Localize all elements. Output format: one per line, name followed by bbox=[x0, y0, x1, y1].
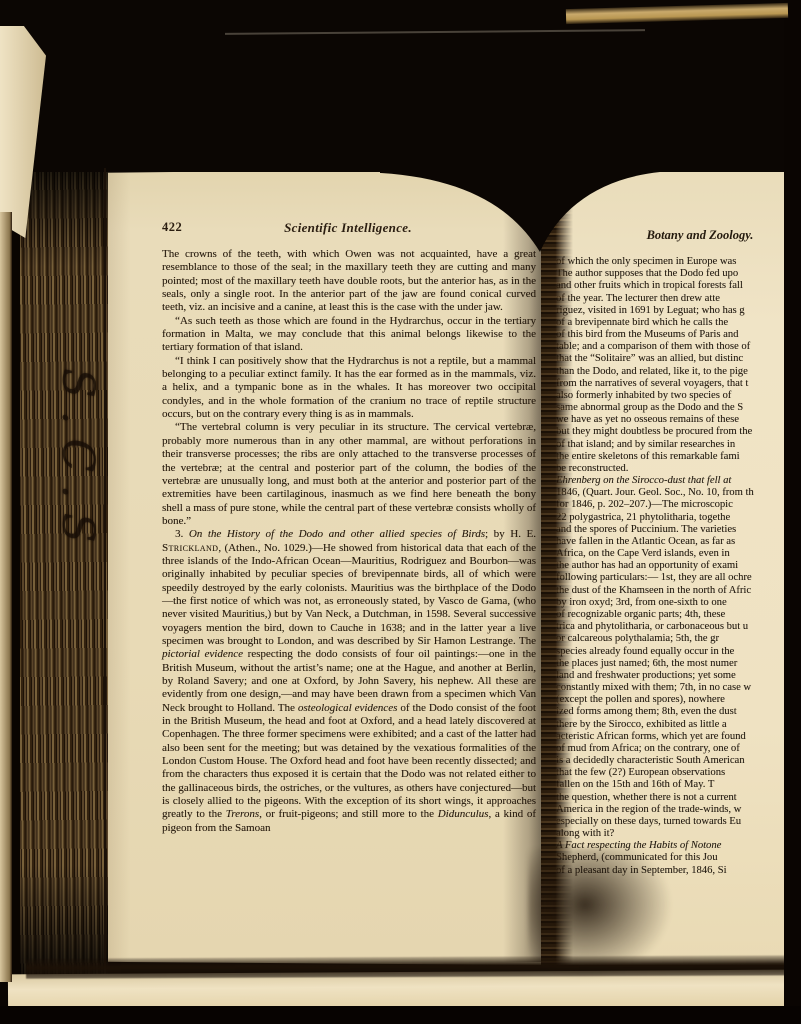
text-line: and the spores of Puccinium. The varieti… bbox=[556, 524, 788, 536]
text-line: along with it? bbox=[556, 828, 788, 840]
paragraph: 3. On the History of the Dodo and other … bbox=[162, 528, 536, 835]
text-line: by iron oxyd; 3rd, from one-sixth to one bbox=[556, 597, 788, 609]
paragraph: “I think I can positively show that the … bbox=[162, 355, 536, 422]
text-line: of the year. The lecturer then drew atte bbox=[556, 293, 788, 305]
text-line: the question, whether there is not a cur… bbox=[556, 792, 788, 804]
paragraph: “The vertebral column is very peculiar i… bbox=[162, 421, 536, 528]
text-line: that the “Solitaire” was an allied, but … bbox=[556, 353, 788, 365]
fore-edge-handwriting: S.C.S bbox=[52, 368, 103, 668]
text-line: the dust of the Khamseen in the north of… bbox=[556, 585, 788, 597]
text-line: species already found equally occur in t… bbox=[556, 646, 788, 658]
text-line: acteristic African forms, which yet are … bbox=[556, 731, 788, 743]
text-line: or calcareous polythalamia; 5th, the gr bbox=[556, 633, 788, 645]
text-line: (except the pollen and spores), nowhere bbox=[556, 694, 788, 706]
text-line: The author supposes that the Dodo fed up… bbox=[556, 268, 788, 280]
text-line: same abnormal group as the Dodo and the … bbox=[556, 402, 788, 414]
text-line: 22 polygastrica, 21 phytolitharia, toget… bbox=[556, 512, 788, 524]
text-line: land and freshwater productions; yet som… bbox=[556, 670, 788, 682]
text-line: following particulars:— 1st, they are al… bbox=[556, 572, 788, 584]
text-line: 1846, (Quart. Jour. Geol. Soc., No. 10, … bbox=[556, 487, 788, 499]
text-line: be reconstructed. bbox=[556, 463, 788, 475]
paragraph: “As such teeth as those which are found … bbox=[162, 315, 536, 355]
text-line: the author has had an opportunity of exa… bbox=[556, 560, 788, 572]
text-line: of that island; and by similar researche… bbox=[556, 439, 788, 451]
gutter-shadow-left bbox=[503, 170, 543, 962]
text-line: of recognizable organic parts; 4th, thes… bbox=[556, 609, 788, 621]
text-line: of a brevipennate bird which he calls th… bbox=[556, 317, 788, 329]
background-top bbox=[0, 0, 801, 172]
text-line: especially on these days, turned towards… bbox=[556, 816, 788, 828]
text-line: also formerly inhabited by two species o… bbox=[556, 390, 788, 402]
gutter-page-edge bbox=[541, 172, 573, 965]
gutter-top-shadow bbox=[380, 168, 660, 268]
text-line: is a decidedly characteristic South Amer… bbox=[556, 755, 788, 767]
text-line: there by the Sirocco, exhibited as littl… bbox=[556, 719, 788, 731]
text-line: for 1846, p. 202–207.)—The microscopic bbox=[556, 499, 788, 511]
text-line: Ehrenberg on the Sirocco-dust that fell … bbox=[556, 475, 788, 487]
text-line: Africa, on the Cape Verd islands, even i… bbox=[556, 548, 788, 560]
fore-edge-divider bbox=[104, 168, 106, 968]
text-line: riguez, visited in 1691 by Leguat; who h… bbox=[556, 305, 788, 317]
right-page-body-text: of which the only specimen in Europe was… bbox=[556, 256, 788, 877]
underlying-page-edge bbox=[0, 212, 12, 982]
text-line: fallen on the 15th and 16th of May. T bbox=[556, 779, 788, 791]
text-line: the places just named; 6th, the most num… bbox=[556, 658, 788, 670]
text-line: constantly mixed with them; 7th, in no c… bbox=[556, 682, 788, 694]
text-line: ized forms among them; 8th, even the dus… bbox=[556, 706, 788, 718]
text-line: and other fruits which in tropical fores… bbox=[556, 280, 788, 292]
right-page: Botany and Zoology. of which the only sp… bbox=[540, 166, 788, 965]
text-line: we have as yet no osseous remains of the… bbox=[556, 414, 788, 426]
text-line: table; and a comparison of them with tho… bbox=[556, 341, 788, 353]
background-right bbox=[784, 0, 801, 1024]
background-bottom bbox=[0, 1006, 801, 1024]
left-page: 422 Scientific Intelligence. The crowns … bbox=[104, 168, 542, 965]
text-line: of this bird from the Museums of Paris a… bbox=[556, 329, 788, 341]
text-line: from the narratives of several voyagers,… bbox=[556, 378, 788, 390]
left-page-body-text: The crowns of the teeth, with which Owen… bbox=[162, 248, 536, 835]
book-photo: S.C.S 422 Scientific Intelligence. The c… bbox=[0, 0, 801, 1024]
text-line: the entire skeletons of this remarkable … bbox=[556, 451, 788, 463]
text-line: have fallen in the Atlantic Ocean, as fa… bbox=[556, 536, 788, 548]
text-line: but they might doubtless be procured fro… bbox=[556, 426, 788, 438]
text-line: trica and phytolitharia, or carbonaceous… bbox=[556, 621, 788, 633]
text-line: America in the region of the trade-winds… bbox=[556, 804, 788, 816]
text-line: that the few (2?) European observations bbox=[556, 767, 788, 779]
text-line: than the Dodo, and related, like it, to … bbox=[556, 366, 788, 378]
page-bottom-shadow bbox=[26, 955, 788, 978]
text-line: of mud from Africa; on the contrary, one… bbox=[556, 743, 788, 755]
